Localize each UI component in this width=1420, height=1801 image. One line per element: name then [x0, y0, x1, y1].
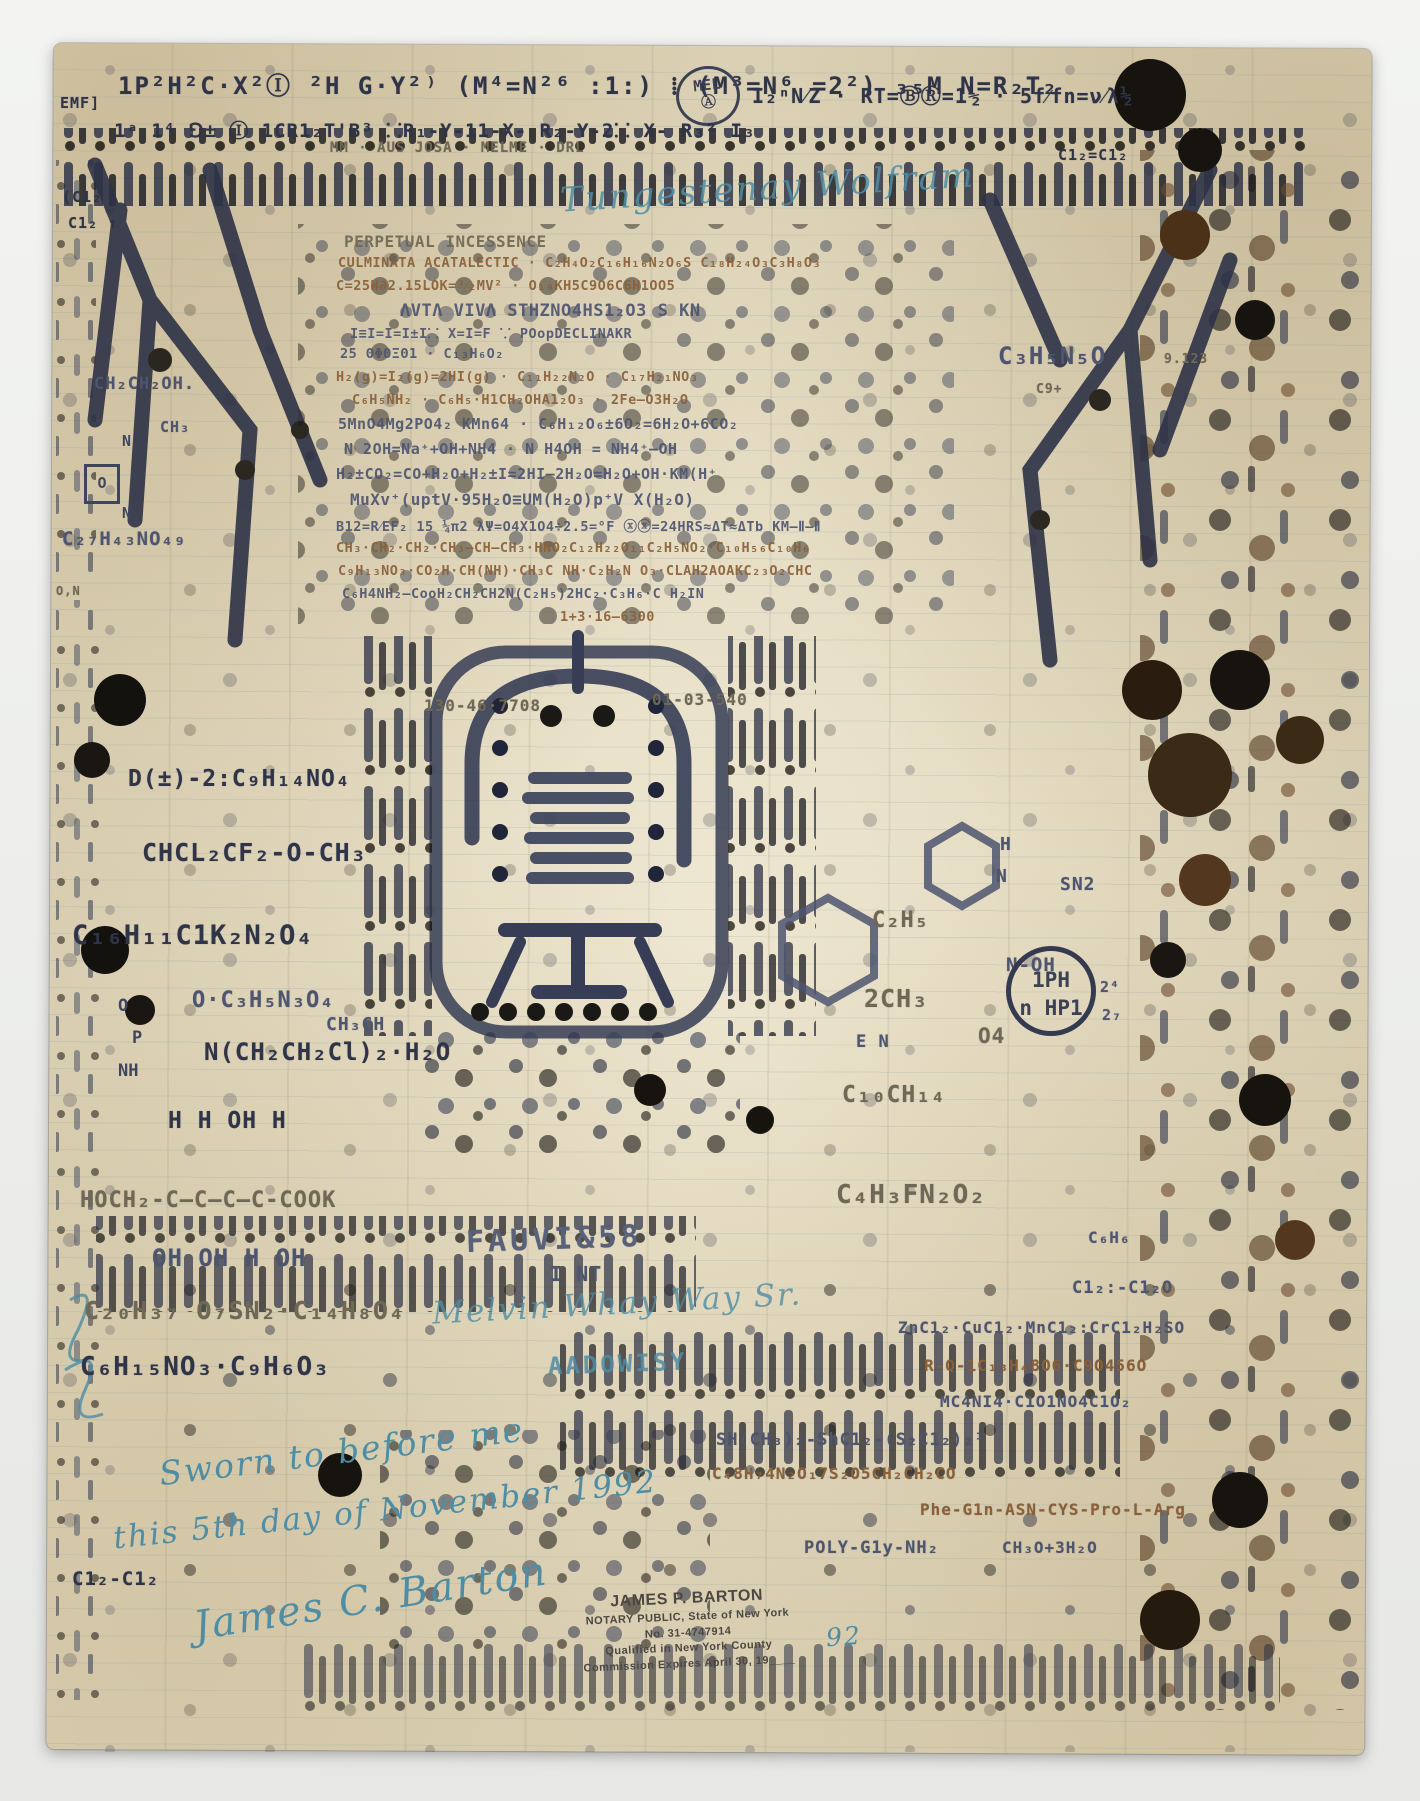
formula-ch3ch: CH₃CH: [326, 1014, 385, 1035]
br-formula: SH(CH₃)₂-ShC1₂-(S₂C1₂)₂¹: [716, 1430, 986, 1450]
formula-sn2: SN2: [1060, 874, 1096, 895]
serial-number-left: 130-46·7708: [424, 696, 541, 715]
formula-h: H: [1000, 834, 1012, 855]
aadowisy-inscription: AADOWISY: [548, 1348, 688, 1381]
formula-e-n: E N: [856, 1032, 890, 1052]
ring-n-bottom: N: [122, 504, 131, 522]
chain-o: O: [118, 990, 142, 1022]
ph-circle-line2: n HP1: [1019, 996, 1082, 1020]
panel-line: C₆H4NH₂–CooH₂CH₂CH2N(C₂H₅)2HC₂·C₃H₆·C H₂…: [342, 586, 704, 602]
br-formula: Phe-G1n-ASN-CYS-Pro-L-Arg: [920, 1500, 1186, 1519]
panel-line: 1+3·16–6300: [560, 609, 655, 625]
exponent-bottom: 2₇: [1102, 1006, 1122, 1024]
handwritten-year: 92: [825, 1621, 863, 1652]
formula-9123: 9.123: [1164, 352, 1208, 367]
br-formula: CH₃O+3H₂O: [1002, 1538, 1098, 1557]
panel-line: 25 ΘΦΘΞΘ1 · C₁₃H₆O₂: [340, 346, 504, 362]
formula-oc3h5n3o4: O·C₃H₅N₃O₄: [192, 988, 334, 1013]
formula-c20h37: C₂₀H₃₇ O₇SN₂·C₁₄H₈O₄: [84, 1296, 405, 1325]
formula-c27h43no49: C₂₇H₄₃NO₄₉: [62, 528, 186, 550]
br-formula: ZnC1₂·CuC1₂·MnC1₂:CrC1₂H₂SO: [898, 1318, 1185, 1337]
header-names-row: MM · AUS JOSA · MELME · DRL: [330, 140, 585, 156]
br-formula: MC4NI4·C1O1NO4C1O₂: [940, 1392, 1131, 1411]
mel-monogram-a: Ⓐ: [700, 92, 717, 111]
formula-oh-oh-h-oh: OH OH H OH: [152, 1244, 307, 1272]
br-formula: POLY-G1y-NH₂: [804, 1538, 939, 1558]
formula-2ch3: 2CH₃: [864, 984, 928, 1013]
panel-line: 5MnO4Mg2PO4₂ KMn64 · C₆H₁₂O₆±6O₂=6H₂O+6C…: [338, 415, 738, 433]
ph-circle-emblem: 1PH n HP1: [1006, 946, 1096, 1036]
br-formula: R-Q-1C₁₃H₄8O6·C9O456O: [924, 1356, 1147, 1375]
ph-circle-line1: 1PH: [1032, 968, 1070, 992]
formula-c9: C9+: [1036, 382, 1062, 397]
formula-ch3: CH₃: [160, 418, 190, 436]
exponent-top: 2⁴: [1100, 978, 1120, 996]
header-formula-row2: 1ᵃ 1⁴ ⅁± Ⓘ 1CR1₂T'B³ ⸬R₁-Y-11-X- R₂-Y-2⸬…: [114, 116, 755, 143]
header-formula-row1b: I₂ⁿN⁄Z · RT=ⒷⓇ=1½ · 5f⁄fn=ν⁄λ½: [752, 80, 1133, 109]
formula-on: O,N: [56, 584, 81, 598]
panel-line: H₂(g)=I₂(g)=2HI(g) · C₁₁H₂₂N₂O · C₁₇H₂₁N…: [336, 369, 698, 385]
panel-line: CULMINATA ACATALECTIC · C₂H₄O₂C₁₆H₁₆N₂O₆…: [338, 255, 821, 271]
panel-line: PERPETUAL INCESSENCE: [344, 232, 547, 251]
panel-line: C=25H∂2.15LOK=³⁄₂MV² · O₁₉KH5C9O6C6H1OO5: [336, 278, 675, 294]
panel-line: N 2OH=Na⁺+OH+NH4 · N H4OH = NH4⁺–OH: [344, 440, 678, 458]
formula-ch2ch2oh: CH₂CH₂OH.: [94, 374, 195, 394]
formula-c2h5: C₂H₅: [872, 908, 929, 933]
panel-line: B12=R⁄EF₂ 15 ¼π2 λΨ=O4X1O4÷2.5=°F ⓧⓧ=24H…: [336, 515, 821, 535]
formula-c16h11: C₁₆H₁₁C1K₂N₂O₄: [72, 920, 314, 951]
formula-h-h-oh-h: H H OH H: [168, 1108, 287, 1134]
chain-p: P: [118, 1022, 142, 1054]
fauv-inscription: FAUVI&58: [465, 1219, 643, 1260]
left-edge-formula-bottom: C1₂ ↑: [68, 214, 118, 232]
br-formula: C₄8H₇4N₂O₁7S₂O5CH₂CH₂CO: [712, 1464, 957, 1483]
panel-line: MuXv⁺(uptV·95H₂O≡UM(H₂O)p⁺V X(H₂O): [350, 490, 695, 509]
formula-c6h15no3: C₆H₁₅NO₃·C₉H₆O₃: [80, 1352, 330, 1382]
br-formula: C1₂:-C1₂O: [1072, 1278, 1173, 1298]
formula-n: N: [996, 866, 1008, 887]
notary-stamp: JAMES P. BARTON NOTARY PUBLIC, State of …: [550, 1582, 825, 1678]
panel-line: ΛVTΛ VIVΛ STHZNO4HS1₂O3 S KN: [400, 301, 701, 321]
panel-line: H₂±CO₂=CO+H₂O+H₂±I=2HI–2H₂O=H₂O+OH·KM(H⁺: [336, 465, 717, 483]
formula-o4: O4: [978, 1024, 1005, 1048]
opnh-chain-sketch: O P NH: [118, 990, 142, 1087]
ring-n-top: N: [122, 432, 131, 450]
panel-line: CH₃·CH₂·CH₂·CH₃–CH–CH₃·HNO₂C₁₂H₂₂O₁₁C₂H₅…: [336, 540, 811, 556]
panel-line: C₉H₁₃NO₃·CO₂H·CH(NH)·CH₃C NH·C₂H₂N O₃·CL…: [338, 563, 813, 579]
formula-chcl2cf2: CHCL₂CF₂-O-CH₃: [142, 838, 367, 867]
artwork-paper: [46, 43, 1371, 1755]
formula-c3h5n5o: C₃H₅N₅O: [998, 342, 1106, 370]
formula-c10ch14: C₁₀CH₁₄: [842, 1082, 946, 1108]
formula-c4h3fn2o2: C₄H₃FN₂O₂: [836, 1180, 986, 1210]
formula-nch2ch2cl: N(CH₂CH₂Cl)₂·H₂O: [204, 1038, 451, 1066]
formula-hoch2-cook: HOCH₂-C–C–C–C-COOK: [80, 1188, 336, 1213]
ring-structure-sketch: N O N: [70, 430, 150, 530]
panel-line: C₆H₅NH₂ · C₆H₅·H1CH₂OHA1₂O₃ · 2Fe–O3H₂O: [352, 392, 688, 408]
chain-nh: NH: [118, 1055, 142, 1087]
panel-line: I≡I=I=I±I⸬ X=I=F ⸪ POopDECLINAKR: [350, 324, 632, 342]
formula-d2-c9h14no4: D(±)-2:C₉H₁₄NO₄: [128, 766, 351, 792]
emf-label: EMF]: [60, 94, 100, 112]
i-nt-inscription: I NT: [550, 1262, 602, 1286]
ring-o-center: O: [84, 464, 120, 504]
formula-c6h6: C₆H₆: [1088, 1228, 1131, 1247]
header-corner-formula: C1₂=C1₂: [1058, 146, 1128, 164]
serial-number-right: 01-03-540: [652, 690, 748, 709]
scanner-background: EMF] 1P²H²C·X²Ⓘ ²H G·Y²⁾ (M⁴=N²⁶ :1:) ⁞ …: [0, 0, 1420, 1801]
corner-formula-bottom-left: C1₂-C1₂: [72, 1568, 159, 1590]
left-edge-formula-top: (C1₂: [62, 188, 102, 206]
